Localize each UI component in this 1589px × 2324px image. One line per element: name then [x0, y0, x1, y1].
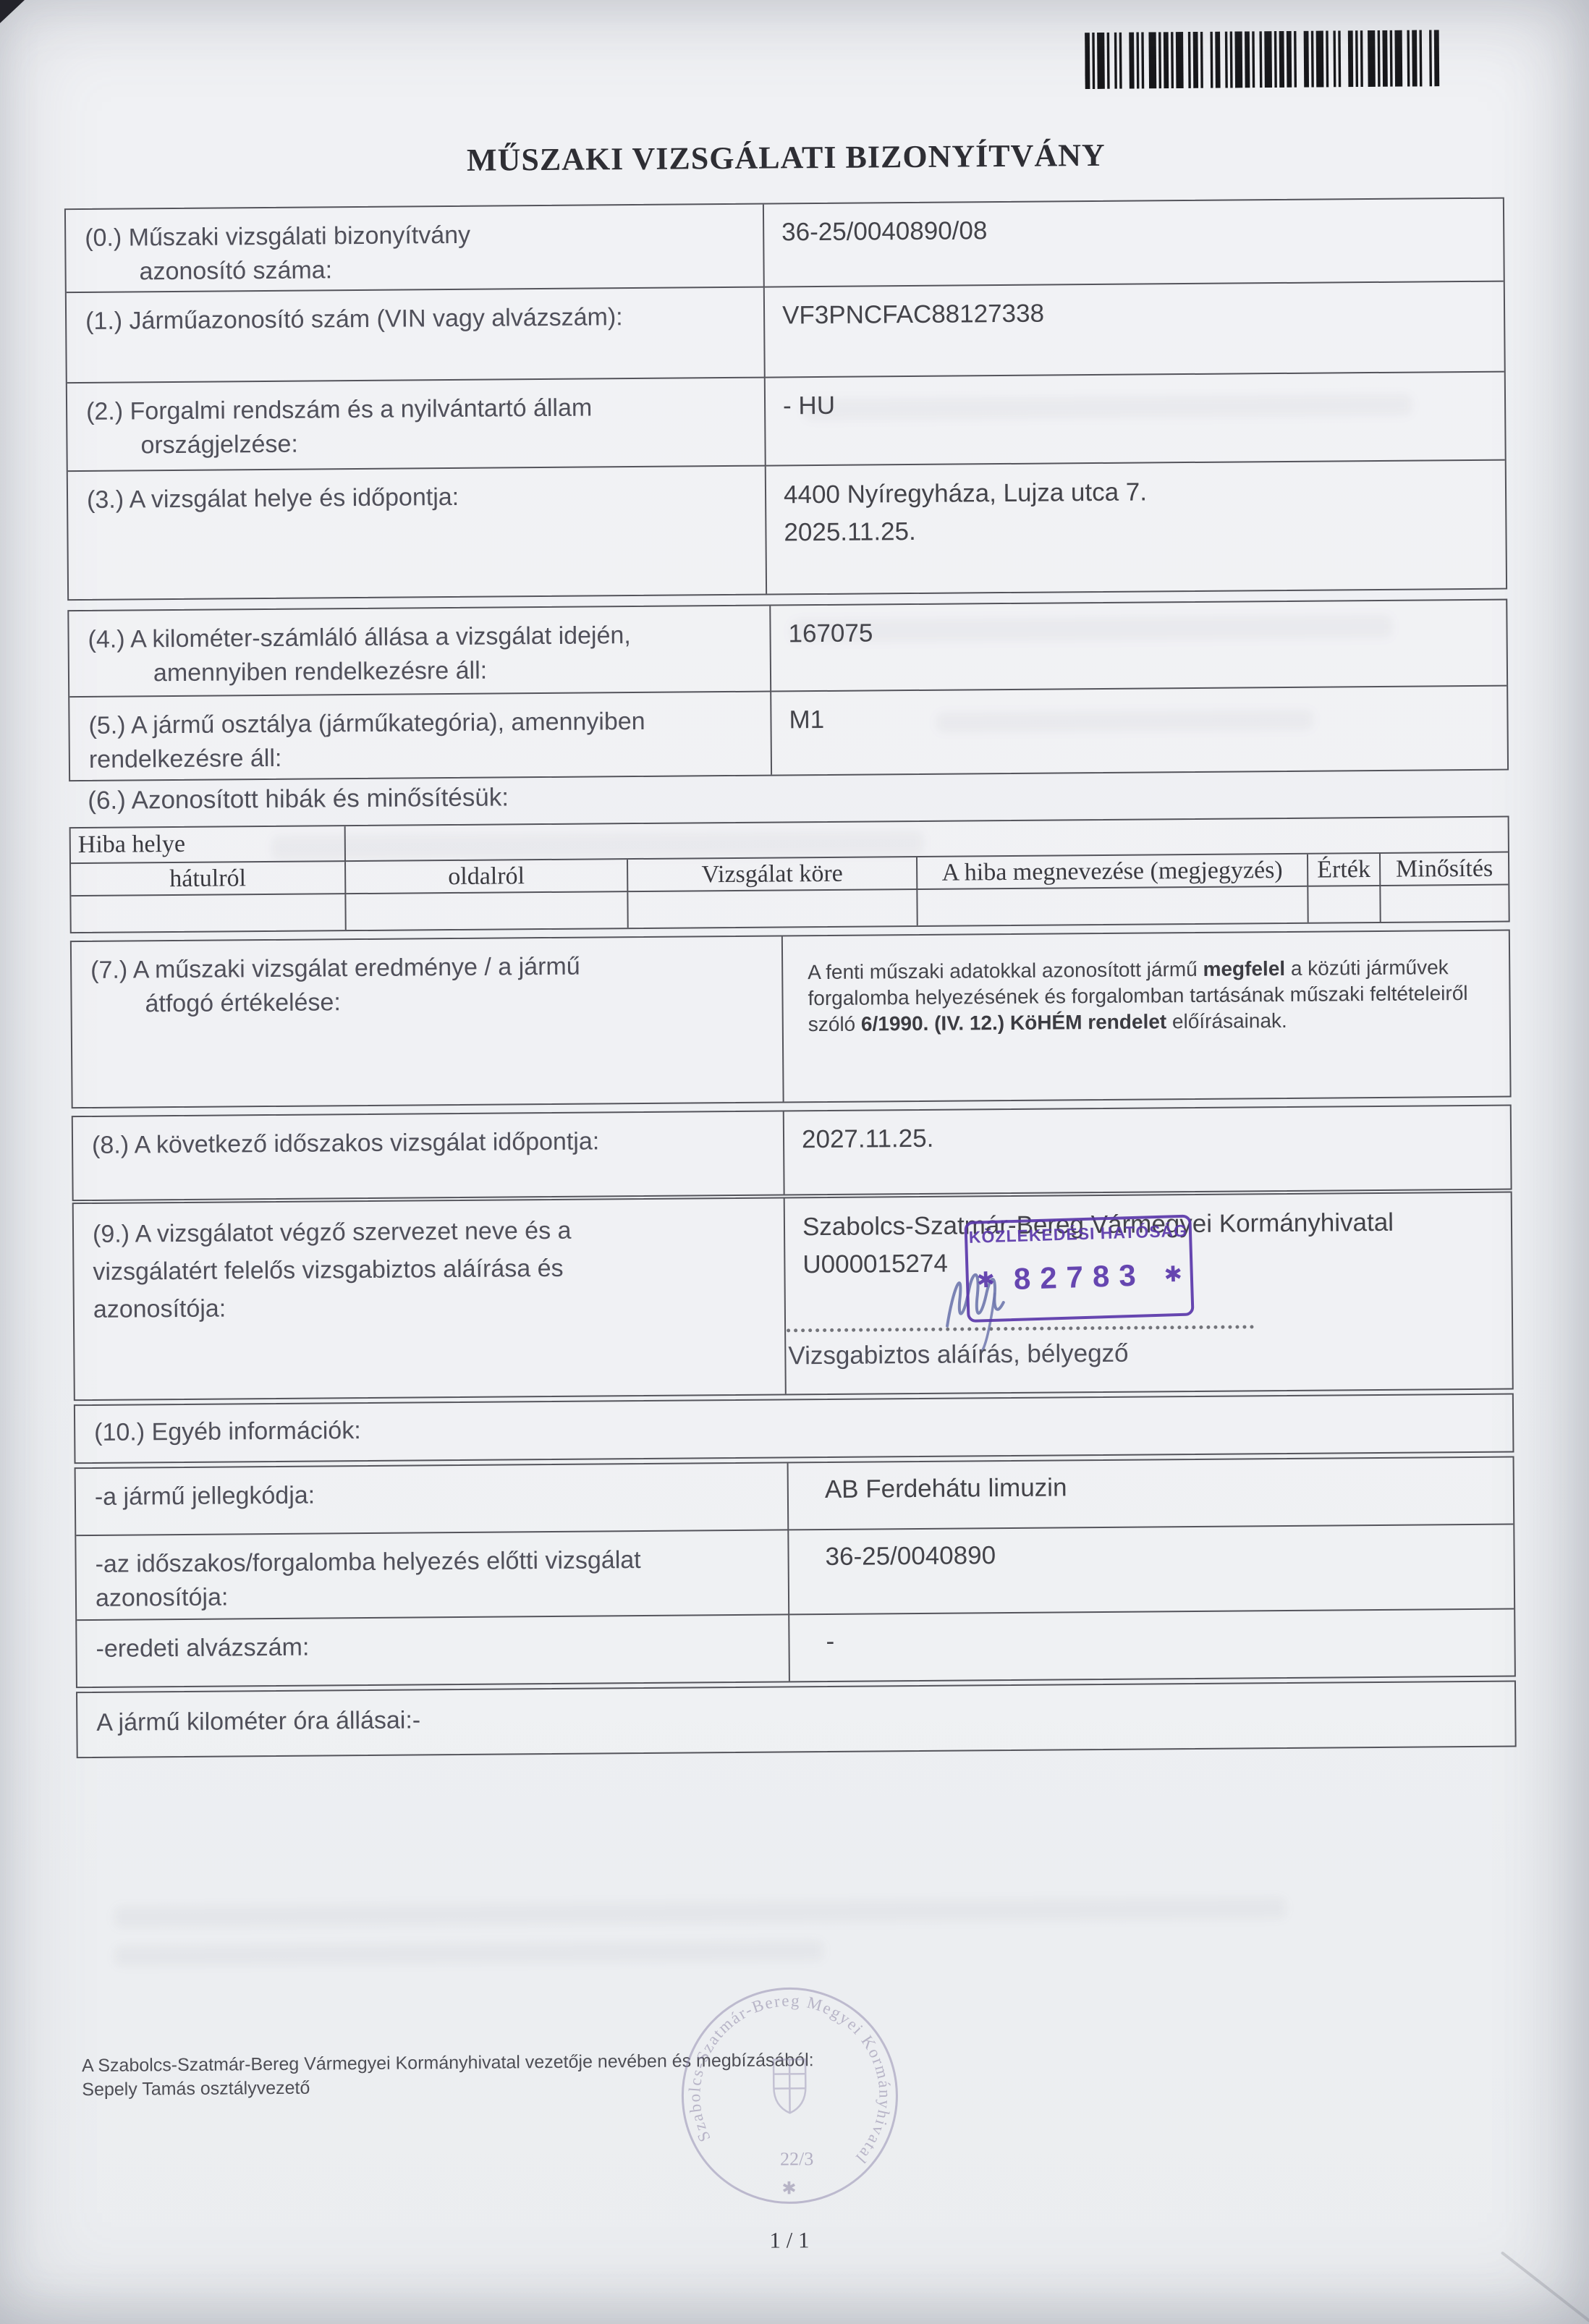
seal-star-icon: ✱ — [781, 2179, 796, 2198]
field-8-value: 2027.11.25. — [784, 1106, 1511, 1195]
field-5-label: (5.) A jármű osztálya (járműkategória), … — [69, 692, 772, 781]
other-info-row3-value: - — [789, 1610, 1514, 1681]
defect-empty-cell — [71, 894, 346, 932]
defect-header-minosites: Minősítés — [1381, 853, 1508, 886]
scan-corner-artifact — [0, 0, 25, 23]
field-10-label: (10.) Egyéb információk: — [75, 1395, 1513, 1463]
defect-header-hiba-megnevezese: A hiba megnevezése (megjegyzés) — [918, 854, 1308, 890]
signature-caption: Vizsgabiztos aláírás, bélyegző — [788, 1339, 1128, 1371]
field-3-label: (3.) A vizsgálat helye és időpontja: — [68, 467, 767, 600]
field-3-value: 4400 Nyíregyháza, Lujza utca 7. 2025.11.… — [766, 461, 1506, 594]
field-4-value: 167075 — [771, 601, 1507, 692]
defect-empty-cell — [1381, 886, 1508, 922]
field-8-row: (8.) A következő időszakos vizsgálat idő… — [72, 1105, 1512, 1202]
other-info-row2-value: 36-25/0040890 — [789, 1525, 1514, 1616]
stamp-star-icon: ✱ — [976, 1267, 995, 1293]
result-verdict: megfelel — [1203, 957, 1285, 980]
defect-empty-cell — [628, 890, 918, 928]
field-6-label: (6.) Azonosított hibák és minősítésük: — [88, 783, 509, 815]
field-1-value: VF3PNCFAC88127338 — [765, 282, 1504, 378]
field-1-label: (1.) Járműazonosító szám (VIN vagy alváz… — [67, 288, 766, 384]
defect-header-hatulrol: hátulról — [71, 862, 346, 896]
other-info-row1-value: AB Ferdehátu limuzin — [789, 1458, 1514, 1531]
stamp-number: 82783 — [1013, 1258, 1145, 1297]
result-text-part1: A fenti műszaki adatokkal azonosított já… — [808, 958, 1203, 983]
defect-empty-cell — [918, 887, 1308, 925]
field-8-label: (8.) A következő időszakos vizsgálat idő… — [73, 1111, 785, 1200]
defect-corner-label: Hiba helye — [71, 826, 346, 864]
bleedthrough-smudge — [114, 1897, 1286, 1928]
field-0-value: 36-25/0040890/08 — [764, 199, 1504, 288]
defect-table: Hiba helye hátulról oldalról Vizsgálat k… — [69, 816, 1510, 934]
scanned-document-sheet: MŰSZAKI VIZSGÁLATI BIZONYÍTVÁNY (0.) Műs… — [0, 0, 1589, 2324]
result-regulation: 6/1990. (IV. 12.) KöHÉM rendelet — [861, 1010, 1166, 1035]
field-7-row: (7.) A műszaki vizsgálat eredménye / a j… — [70, 930, 1512, 1109]
result-text-part3: előírásainak. — [1166, 1009, 1287, 1032]
field-2-label: (2.) Forgalmi rendszám és a nyilvántartó… — [67, 378, 766, 472]
authority-stamp-number-row: ✱ 82783 ✱ — [968, 1257, 1190, 1298]
seal-coat-of-arms — [774, 2059, 806, 2113]
field-0-label: (0.) Műszaki vizsgálati bizonyítvány azo… — [66, 205, 765, 294]
km-readings-label: A jármű kilométer óra állásai:- — [77, 1682, 1515, 1757]
other-info-table: -a jármű jellegkódja: AB Ferdehátu limuz… — [75, 1456, 1516, 1689]
fields-table-4-5: (4.) A kilométer-számláló állása a vizsg… — [67, 599, 1509, 782]
field-2-value: - HU — [766, 373, 1505, 467]
official-seal: Szabolcs-Szatmár-Bereg Megyei Kormányhiv… — [671, 1977, 908, 2214]
seal-number: 22/3 — [780, 2148, 813, 2169]
authority-stamp-text: KÖZLEKEDÉSI HATÓSÁG — [967, 1221, 1190, 1247]
field-5-value: M1 — [771, 687, 1507, 775]
defect-empty-cell — [346, 892, 628, 930]
fields-table-0-3: (0.) Műszaki vizsgálati bizonyítvány azo… — [64, 198, 1507, 601]
other-info-row2-label: -az időszakos/forgalomba helyezés előtti… — [76, 1530, 789, 1621]
field-9-label: (9.) A vizsgálatot végző szervezet neve … — [74, 1198, 787, 1399]
field-7-value-cell: A fenti műszaki adatokkal azonosított já… — [783, 931, 1510, 1102]
defect-header-vizsgalat-kore: Vizsgálat köre — [628, 857, 918, 892]
bleedthrough-smudge — [114, 1941, 823, 1967]
field-10-header: (10.) Egyéb információk: — [74, 1394, 1514, 1464]
defect-empty-cell — [1308, 886, 1381, 923]
other-info-row1-label: -a jármű jellegkódja: — [76, 1463, 789, 1536]
defect-header-oldalrol: oldalról — [346, 860, 628, 894]
barcode — [1085, 30, 1446, 89]
field-4-label: (4.) A kilométer-számláló állása a vizsg… — [69, 606, 771, 698]
document-title: MŰSZAKI VIZSGÁLATI BIZONYÍTVÁNY — [0, 133, 1581, 182]
inspection-result-text: A fenti műszaki adatokkal azonosított já… — [800, 941, 1496, 1038]
page-number: 1 / 1 — [8, 2221, 1571, 2260]
authority-stamp: KÖZLEKEDÉSI HATÓSÁG ✱ 82783 ✱ — [964, 1214, 1194, 1323]
km-readings-box: A jármű kilométer óra állásai:- — [76, 1681, 1517, 1759]
stamp-star-icon: ✱ — [1164, 1261, 1182, 1287]
other-info-row3-label: -eredeti alvázszám: — [77, 1615, 790, 1687]
defect-header-ertek: Érték — [1308, 854, 1381, 887]
field-7-label: (7.) A műszaki vizsgálat eredménye / a j… — [72, 936, 784, 1107]
